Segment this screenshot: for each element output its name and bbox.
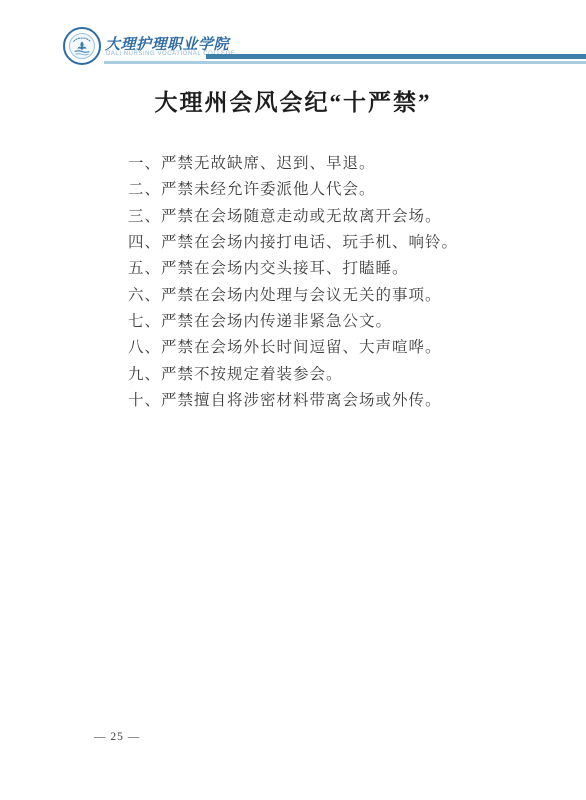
rule-item-1: 一、严禁无故缺席、迟到、早退。: [128, 151, 546, 177]
rule-item-4: 四、严禁在会场内接打电话、玩手机、响铃。: [128, 230, 546, 256]
rule-item-3: 三、严禁在会场随意走动或无故离开会场。: [128, 204, 546, 230]
rules-list: 一、严禁无故缺席、迟到、早退。 二、严禁未经允许委派他人代会。 三、严禁在会场随…: [128, 151, 546, 414]
rule-item-2: 二、严禁未经允许委派他人代会。: [128, 177, 546, 203]
rule-item-7: 七、严禁在会场内传递非紧急公文。: [128, 309, 546, 335]
header-rule-light: [104, 61, 586, 64]
rule-item-9: 九、严禁不按规定着装参会。: [128, 362, 546, 388]
rule-item-8: 八、严禁在会场外长时间逗留、大声喧哗。: [128, 335, 546, 361]
rule-item-6: 六、严禁在会场内处理与会议无关的事项。: [128, 283, 546, 309]
document-page: 大理护理职业学院 DALI NURSING VOCATIONAL COLLEGE…: [0, 0, 586, 800]
page-title: 大理州会风会纪“十严禁”: [0, 84, 586, 117]
college-emblem-logo: [63, 27, 101, 65]
rule-item-5: 五、严禁在会场内交头接耳、打瞌睡。: [128, 256, 546, 282]
header-rule-dark: [206, 54, 586, 59]
rule-item-10: 十、严禁擅自将涉密材料带离会场或外传。: [128, 388, 546, 414]
crane-icon: [69, 33, 95, 59]
page-number: — 25 —: [94, 731, 140, 743]
letterhead: 大理护理职业学院 DALI NURSING VOCATIONAL COLLEGE: [0, 0, 586, 70]
